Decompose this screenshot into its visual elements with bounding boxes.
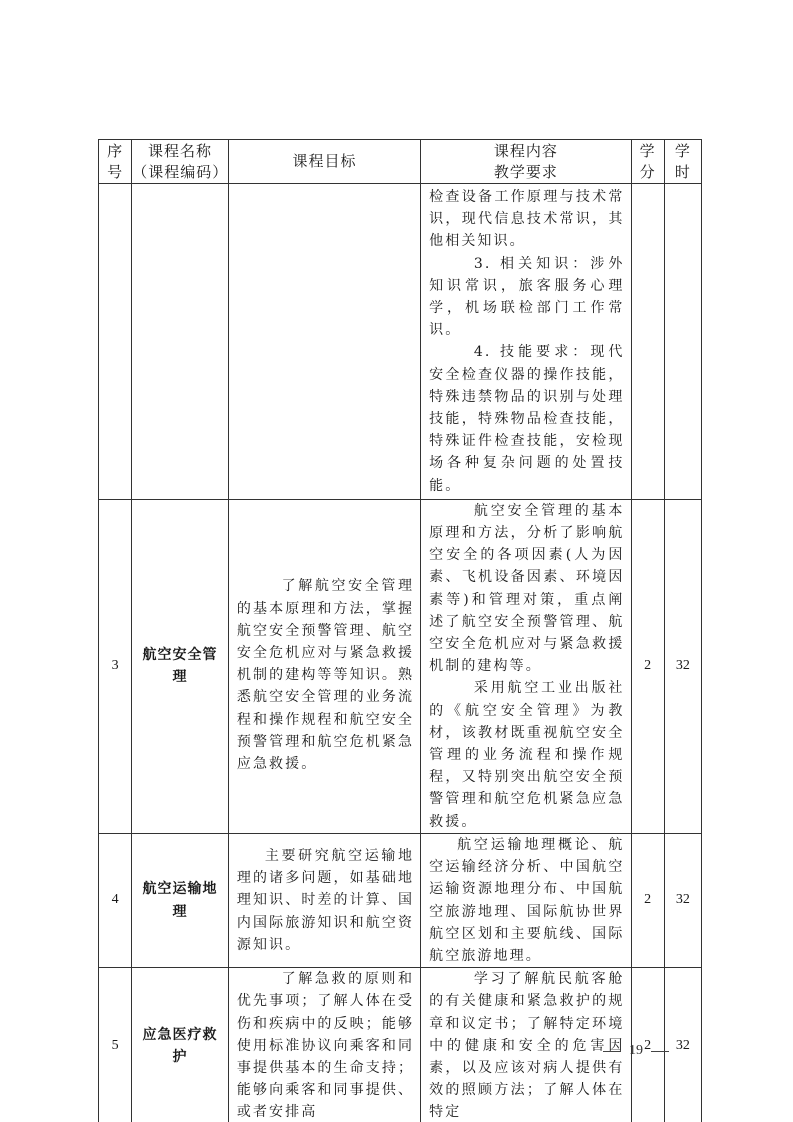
row-name: 航空运输地理 — [132, 833, 229, 967]
header-content: 课程内容教学要求 — [421, 140, 631, 184]
row-credit: 2 — [631, 499, 664, 833]
table-row: 检查设备工作原理与技术常识，现代信息技术常识，其他相关知识。 3. 相关知识：涉… — [99, 184, 702, 500]
dash-right — [651, 1051, 669, 1052]
row-credit — [631, 184, 664, 500]
page-footer: 19 — [603, 1043, 669, 1059]
row-no — [99, 184, 132, 500]
dash-left — [603, 1051, 621, 1052]
row-hours: 32 — [664, 968, 701, 1122]
header-hours: 学时 — [664, 140, 701, 184]
row-content: 学习了解航民航客舱的有关健康和紧急救护的规章和议定书；了解特定环境中的健康和安全… — [421, 968, 631, 1122]
row-name — [132, 184, 229, 500]
row-goal: 了解急救的原则和优先事项；了解人体在受伤和疾病中的反映；能够使用标准协议向乘客和… — [228, 968, 420, 1122]
row-content: 航空安全管理的基本原理和方法，分析了影响航空安全的各项因素(人为因素、飞机设备因… — [421, 499, 631, 833]
header-name: 课程名称（课程编码） — [132, 140, 229, 184]
header-no: 序号 — [99, 140, 132, 184]
row-content: 航空运输地理概论、航空运输经济分析、中国航空运输资源地理分布、中国航空旅游地理、… — [421, 833, 631, 967]
row-hours: 32 — [664, 499, 701, 833]
row-name: 应急医疗救护 — [132, 968, 229, 1122]
row-goal: 了解航空安全管理的基本原理和方法，掌握航空安全预警管理、航空安全危机应对与紧急救… — [228, 499, 420, 833]
page-number: 19 — [629, 1043, 643, 1059]
table-row: 4 航空运输地理 主要研究航空运输地理的诸多问题，如基础地理知识、时差的计算、国… — [99, 833, 702, 967]
row-no: 3 — [99, 499, 132, 833]
row-hours — [664, 184, 701, 500]
document-page: 序号 课程名称（课程编码） 课程目标 课程内容教学要求 学分 学时 检查设备工作… — [0, 0, 793, 1122]
row-name: 航空安全管理 — [132, 499, 229, 833]
row-credit: 2 — [631, 833, 664, 967]
table-header-row: 序号 课程名称（课程编码） 课程目标 课程内容教学要求 学分 学时 — [99, 140, 702, 184]
row-no: 4 — [99, 833, 132, 967]
header-goal: 课程目标 — [228, 140, 420, 184]
course-table: 序号 课程名称（课程编码） 课程目标 课程内容教学要求 学分 学时 检查设备工作… — [98, 139, 702, 1122]
row-content: 检查设备工作原理与技术常识，现代信息技术常识，其他相关知识。 3. 相关知识：涉… — [421, 184, 631, 500]
row-goal: 主要研究航空运输地理的诸多问题，如基础地理知识、时差的计算、国内国际旅游知识和航… — [228, 833, 420, 967]
row-no: 5 — [99, 968, 132, 1122]
table-row: 3 航空安全管理 了解航空安全管理的基本原理和方法，掌握航空安全预警管理、航空安… — [99, 499, 702, 833]
row-goal — [228, 184, 420, 500]
header-credit: 学分 — [631, 140, 664, 184]
row-hours: 32 — [664, 833, 701, 967]
